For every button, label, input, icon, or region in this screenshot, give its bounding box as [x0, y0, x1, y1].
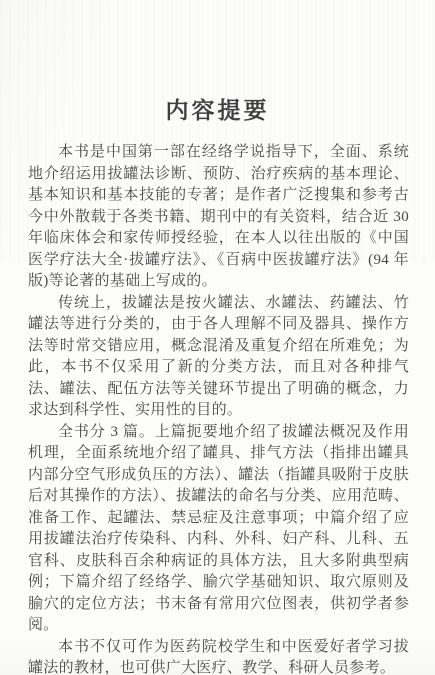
paragraph-structure: 全书分 3 篇。上篇扼要地介绍了拔罐法概况及作用机理，全面系统地介绍了罐具、排气… — [28, 422, 409, 637]
paragraph-overview: 本书是中国第一部在经络学说指导下，全面、系统地介绍运用拔罐法诊断、预防、治疗疾病… — [28, 142, 409, 293]
paragraph-classification: 传统上，拔罐法是按火罐法、水罐法、药罐法、竹罐法等进行分类的，由于各人理解不同及… — [28, 293, 409, 422]
abstract-body: 本书是中国第一部在经络学说指导下，全面、系统地介绍运用拔罐法诊断、预防、治疗疾病… — [28, 142, 409, 675]
book-page: 内容提要 本书是中国第一部在经络学说指导下，全面、系统地介绍运用拔罐法诊断、预防… — [0, 0, 435, 675]
paragraph-audience: 本书不仅可作为医药院校学生和中医爱好者学习拔罐法的教材，也可供广大医疗、教学、科… — [28, 637, 409, 675]
page-title: 内容提要 — [0, 0, 435, 125]
